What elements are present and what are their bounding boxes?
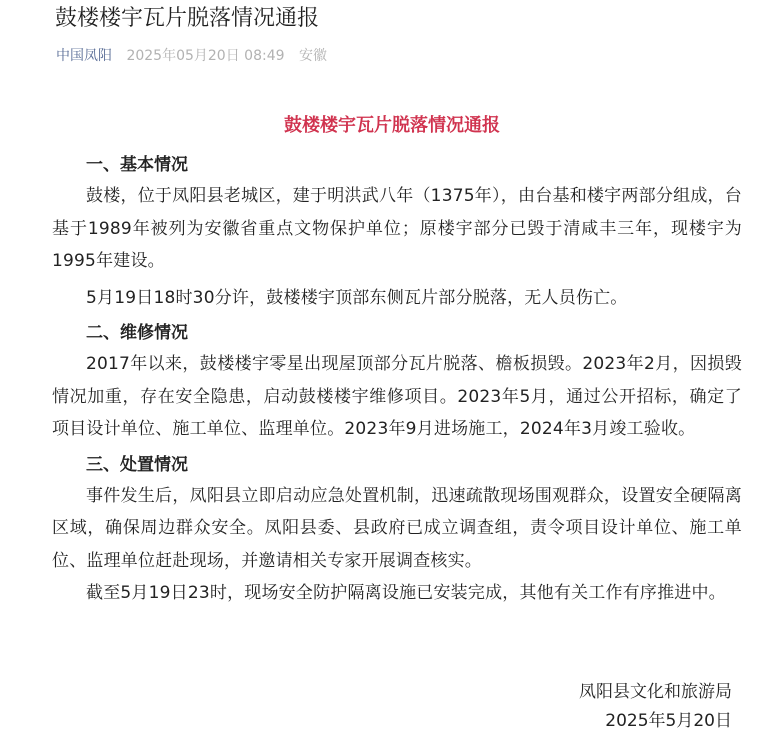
account-name-link[interactable]: 中国凤阳 — [56, 48, 112, 64]
publish-location: 安徽 — [299, 48, 327, 64]
document-body: 一、基本情况 鼓楼，位于凤阳县老城区，建于明洪武八年（1375年），由台基和楼宇… — [52, 150, 742, 610]
paragraph: 5月19日18时30分许，鼓楼楼宇顶部东侧瓦片部分脱落，无人员伤亡。 — [52, 282, 742, 315]
issuer-name: 凤阳县文化和旅游局 — [579, 678, 732, 707]
issue-date: 2025年5月20日 — [579, 707, 732, 736]
section-heading: 三、处置情况 — [52, 450, 742, 480]
publish-time: 2025年05月20日 08:49 — [126, 48, 284, 64]
document-title: 鼓楼楼宇瓦片脱落情况通报 — [0, 113, 784, 139]
paragraph: 2017年以来，鼓楼楼宇零星出现屋顶部分瓦片脱落、檐板损毁。2023年2月，因损… — [52, 348, 742, 446]
paragraph: 截至5月19日23时，现场安全防护隔离设施已安装完成，其他有关工作有序推进中。 — [52, 577, 742, 610]
signature-block: 凤阳县文化和旅游局 2025年5月20日 — [579, 678, 732, 736]
article-title: 鼓楼楼宇瓦片脱落情况通报 — [55, 3, 319, 35]
section-repair-info: 二、维修情况 2017年以来，鼓楼楼宇零星出现屋顶部分瓦片脱落、檐板损毁。202… — [52, 318, 742, 446]
section-basic-info: 一、基本情况 鼓楼，位于凤阳县老城区，建于明洪武八年（1375年），由台基和楼宇… — [52, 150, 742, 314]
paragraph: 事件发生后，凤阳县立即启动应急处置机制，迅速疏散现场围观群众，设置安全硬隔离区域… — [52, 480, 742, 578]
section-heading: 二、维修情况 — [52, 318, 742, 348]
article-meta: 中国凤阳 2025年05月20日 08:49 安徽 — [56, 46, 327, 66]
section-handling-info: 三、处置情况 事件发生后，凤阳县立即启动应急处置机制，迅速疏散现场围观群众，设置… — [52, 450, 742, 610]
paragraph: 鼓楼，位于凤阳县老城区，建于明洪武八年（1375年），由台基和楼宇两部分组成，台… — [52, 180, 742, 278]
section-heading: 一、基本情况 — [52, 150, 742, 180]
